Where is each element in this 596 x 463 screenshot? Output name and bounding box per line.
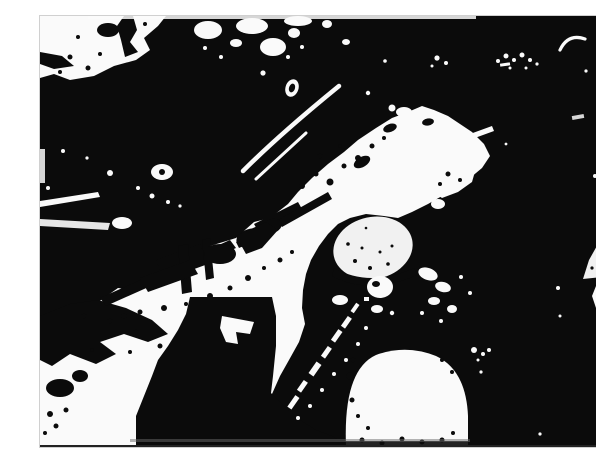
war-photograph: Soldiers in a trench [40,16,596,447]
photo-canvas: Soldiers in a trench [40,16,596,447]
bottom-border [40,445,596,447]
bottom-scan-line [130,439,470,442]
